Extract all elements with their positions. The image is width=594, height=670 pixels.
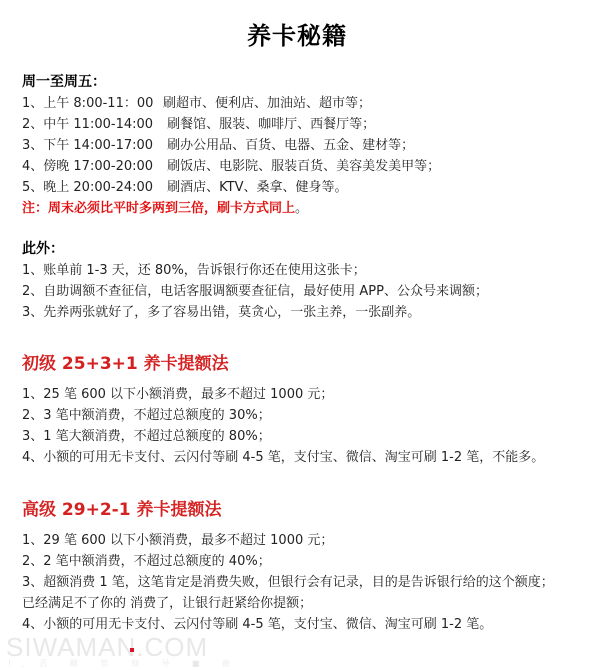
time-range: 20:00-24:00 (69, 180, 153, 195)
period-label: 1、上午 (22, 96, 69, 111)
period-label: 4、傍晚 (22, 159, 69, 174)
list-item: 3、1 笔大额消费，不超过总额度的 80%； (22, 426, 588, 447)
time-range: 11:00-14:00 (69, 117, 153, 132)
besides-section: 此外： 1、账单前 1-3 天，还 80%，告诉银行你还在使用这张卡； 2、自助… (22, 239, 588, 323)
list-item: 2、自助调额不查征信，电话客服调额要查征信，最好使用 APP、公众号来调额； (22, 281, 588, 302)
schedule-item: 3、下午 14:00-17:00 刷办公用品、百货、电器、五金、建材等； (22, 135, 588, 156)
list-item: 3、先养两张就好了，多了容易出错，莫贪心，一张主养，一张副养。 (22, 302, 588, 323)
period-label: 5、晚上 (22, 180, 69, 195)
weekend-note: 注：周末必须比平时多两到三倍，刷卡方式同上。 (22, 198, 588, 219)
watermark-subtext: !，否 顺 世 刻 导 ■ 曲 (8, 658, 240, 669)
beginner-method-heading: 初级 25+3+1 养卡提额法 (22, 350, 588, 378)
spending-places: 刷办公用品、百货、电器、五金、建材等； (163, 138, 414, 153)
time-range: 8:00-11：00 (69, 96, 153, 111)
schedule-item: 4、傍晚 17:00-20:00 刷饭店、电影院、服装百货、美容美发美甲等； (22, 156, 588, 177)
besides-heading: 此外： (22, 239, 588, 260)
weekend-note-text: 注：周末必须比平时多两到三倍，刷卡方式同上 (22, 201, 295, 216)
weekday-heading: 周一至周五： (22, 72, 588, 93)
list-item: 已经满足不了你的 消费了，让银行赶紧给你提额； (22, 593, 588, 614)
advanced-method-section: 高级 29+2-1 养卡提额法 1、29 笔 600 以下小额消费，最多不超过 … (22, 496, 588, 635)
spending-places: 刷餐馆、服装、咖啡厅、西餐厅等； (163, 117, 375, 132)
list-item: 2、2 笔中额消费，不超过总额度的 40%； (22, 551, 588, 572)
list-item: 3、超额消费 1 笔，这笔肯定是消费失败，但银行会有记录，目的是告诉银行给的这个… (22, 572, 588, 593)
list-item: 4、小额的可用无卡支付、云闪付等刷 4-5 笔，支付宝、微信、淘宝可刷 1-2 … (22, 447, 588, 468)
watermark-dot-icon (130, 648, 134, 652)
schedule-item: 2、中午 11:00-14:00 刷餐馆、服装、咖啡厅、西餐厅等； (22, 114, 588, 135)
list-item: 1、29 笔 600 以下小额消费，最多不超过 1000 元； (22, 530, 588, 551)
spending-places: 刷饭店、电影院、服装百货、美容美发美甲等； (163, 159, 440, 174)
spending-places: 刷酒店、KTV、桑拿、健身等。 (163, 180, 347, 195)
spending-places: 刷超市、便利店、加油站、超市等； (163, 96, 371, 111)
beginner-method-section: 初级 25+3+1 养卡提额法 1、25 笔 600 以下小额消费，最多不超过 … (22, 350, 588, 468)
weekday-section: 周一至周五： 1、上午 8:00-11：00刷超市、便利店、加油站、超市等； 2… (22, 72, 588, 219)
list-item: 2、3 笔中额消费，不超过总额度的 30%； (22, 405, 588, 426)
page-title: 养卡秘籍 (0, 16, 594, 51)
schedule-item: 5、晚上 20:00-24:00 刷酒店、KTV、桑拿、健身等。 (22, 177, 588, 198)
note-period: 。 (295, 201, 308, 216)
list-item: 1、账单前 1-3 天，还 80%，告诉银行你还在使用这张卡； (22, 260, 588, 281)
advanced-method-heading: 高级 29+2-1 养卡提额法 (22, 496, 588, 524)
time-range: 17:00-20:00 (69, 159, 153, 174)
list-item: 1、25 笔 600 以下小额消费，最多不超过 1000 元； (22, 384, 588, 405)
period-label: 3、下午 (22, 138, 69, 153)
schedule-item: 1、上午 8:00-11：00刷超市、便利店、加油站、超市等； (22, 93, 588, 114)
period-label: 2、中午 (22, 117, 69, 132)
time-range: 14:00-17:00 (69, 138, 153, 153)
